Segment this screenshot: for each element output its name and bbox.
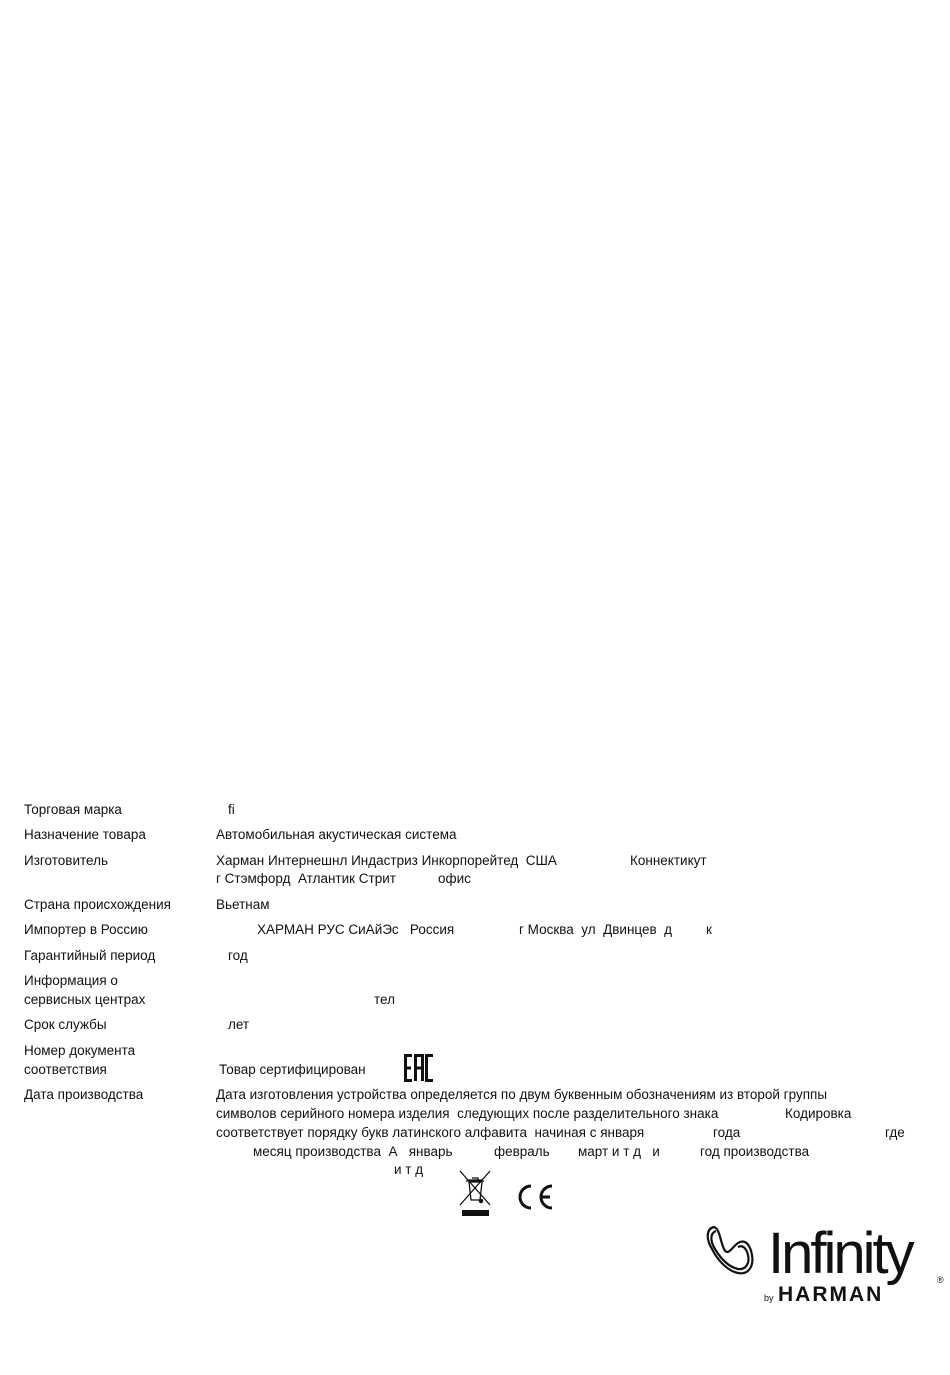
value-production-date-year: года: [713, 1124, 740, 1142]
value-production-date-month: месяц производства А январь: [253, 1143, 453, 1161]
label-manufacturer: Изготовитель: [24, 852, 108, 870]
value-importer-building: к: [706, 921, 712, 939]
value-trademark: fi: [228, 801, 235, 819]
infinity-swirl-icon: [708, 1227, 753, 1273]
value-production-date-march: март и т д и: [578, 1143, 660, 1161]
label-trademark: Торговая марка: [24, 801, 122, 819]
value-production-date-coding: Кодировка: [785, 1105, 851, 1123]
value-production-date-line2: символов серийного номера изделия следую…: [216, 1105, 718, 1123]
label-service-info-line2: сервисных центрах: [24, 991, 145, 1009]
value-production-date-etc: и т д: [394, 1161, 423, 1179]
value-product-purpose: Автомобильная акустическая система: [216, 826, 457, 844]
value-production-date-line1: Дата изготовления устройства определяетс…: [216, 1086, 827, 1104]
value-importer-name: ХАРМАН РУС СиАйЭс Россия: [257, 921, 454, 939]
logo-brand-text: Infinity: [768, 1221, 915, 1286]
value-warranty-period: год: [228, 947, 248, 965]
label-country-of-origin: Страна происхождения: [24, 896, 171, 914]
value-country-of-origin: Вьетнам: [216, 896, 270, 914]
value-manufacturer-line2: г Стэмфорд Атлантик Стрит: [216, 870, 396, 888]
value-service-phone: тел: [374, 991, 395, 1009]
value-production-date-where: где: [885, 1124, 905, 1142]
label-service-info-line1: Информация о: [24, 972, 118, 990]
value-importer-address: г Москва ул Двинцев д: [519, 921, 672, 939]
label-service-life: Срок службы: [24, 1016, 107, 1034]
eac-mark-icon: [403, 1054, 435, 1082]
value-certified: Товар сертифицирован: [219, 1061, 366, 1079]
value-manufacturer-office: офис: [438, 870, 471, 888]
label-conformity-doc-line1: Номер документа: [24, 1042, 135, 1060]
value-production-date-line3: соответствует порядку букв латинского ал…: [216, 1124, 644, 1142]
value-production-date-prod-year: год производства: [700, 1143, 809, 1161]
value-service-life: лет: [228, 1016, 249, 1034]
label-importer: Импортер в Россию: [24, 921, 148, 939]
label-product-purpose: Назначение товара: [24, 826, 146, 844]
infinity-harman-logo: Infinity ® by HARMAN: [704, 1219, 948, 1305]
logo-by-text: by: [764, 1293, 774, 1303]
label-conformity-doc-line2: соответствия: [24, 1061, 107, 1079]
logo-harman-text: HARMAN: [778, 1283, 883, 1305]
logo-registered-mark: ®: [937, 1275, 944, 1285]
value-manufacturer-line1: Харман Интернешнл Индастриз Инкорпорейте…: [216, 852, 557, 870]
value-manufacturer-state: Коннектикут: [630, 852, 707, 870]
label-warranty-period: Гарантийный период: [24, 947, 155, 965]
ce-mark-icon: [516, 1183, 554, 1211]
value-production-date-feb: февраль: [494, 1143, 550, 1161]
label-production-date: Дата производства: [24, 1086, 143, 1104]
weee-bin-icon: [457, 1168, 493, 1220]
